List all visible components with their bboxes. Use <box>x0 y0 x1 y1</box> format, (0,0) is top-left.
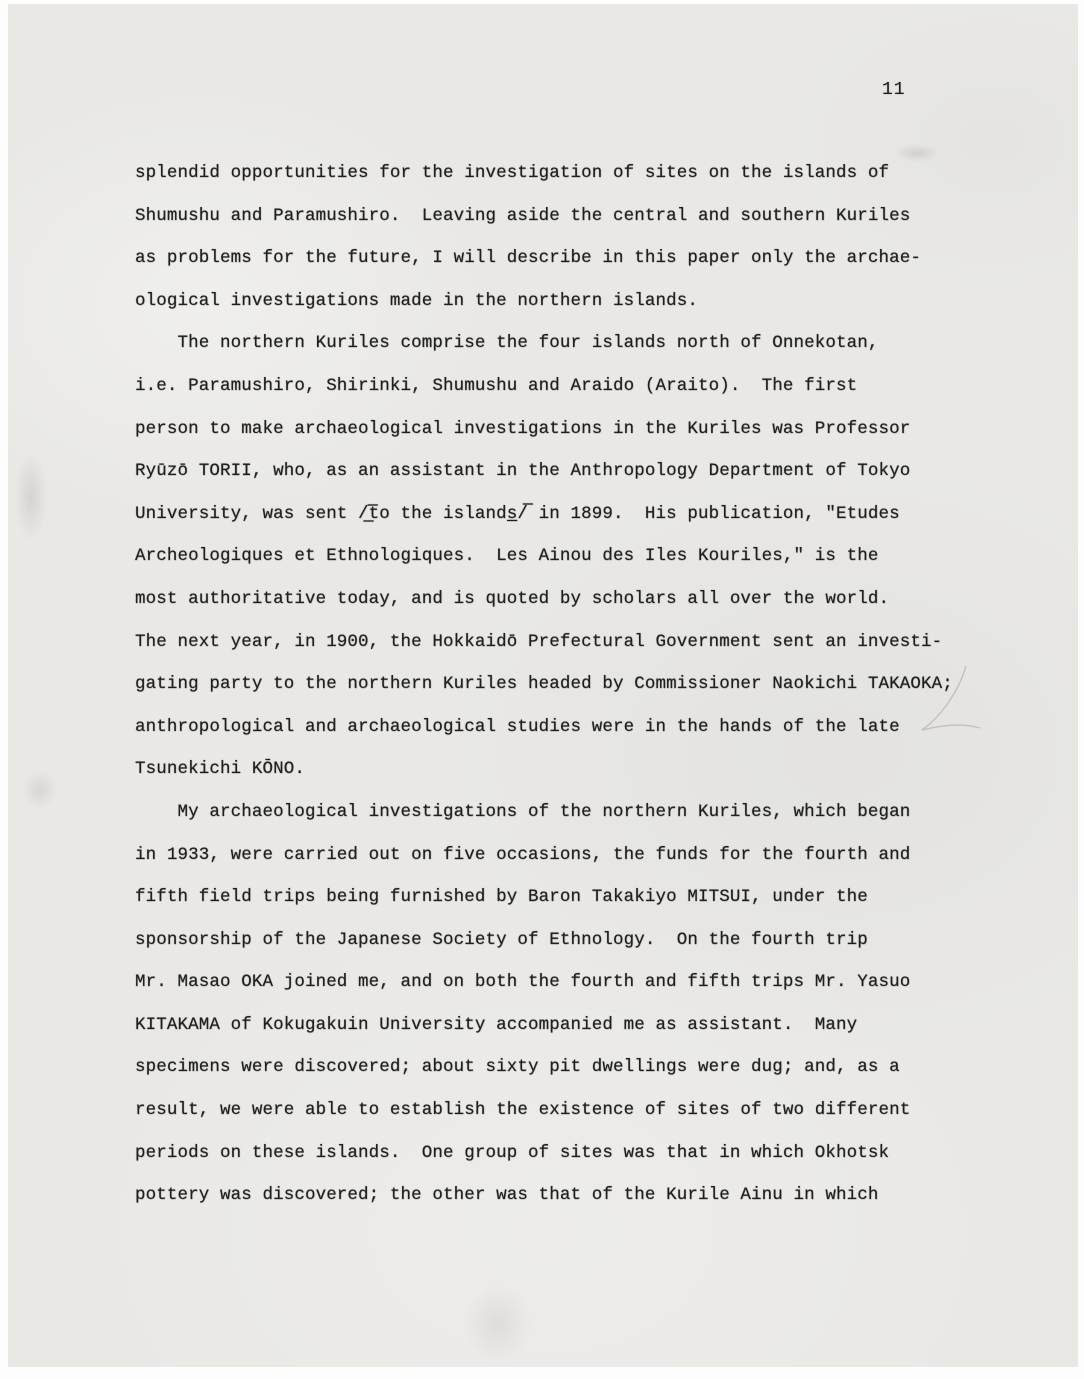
text-line: i.e. Paramushiro, Shirinki, Shumushu and… <box>135 365 995 408</box>
text-line: splendid opportunities for the investiga… <box>135 152 995 195</box>
margin-smudge <box>14 452 48 542</box>
text-line: fifth field trips being furnished by Bar… <box>135 876 995 919</box>
text-line: Archeologiques et Ethnologiques. Les Ain… <box>135 535 995 578</box>
body-text: splendid opportunities for the investiga… <box>135 152 995 1217</box>
text-line: periods on these islands. One group of s… <box>135 1132 995 1175</box>
text-line: specimens were discovered; about sixty p… <box>135 1046 995 1089</box>
text-line: ological investigations made in the nort… <box>135 280 995 323</box>
text-line: The next year, in 1900, the Hokkaidō Pre… <box>135 621 995 664</box>
text-line: result, we were able to establish the ex… <box>135 1089 995 1132</box>
margin-smudge <box>22 770 58 810</box>
text-line: most authoritative today, and is quoted … <box>135 578 995 621</box>
text-line: as problems for the future, I will descr… <box>135 237 995 280</box>
scanned-document-screenshot: { "colors": { "paper": "#e9e8e5", "ink":… <box>0 0 1084 1379</box>
page-number: 11 <box>882 80 906 102</box>
text-line: KITAKAMA of Kokugakuin University accomp… <box>135 1004 995 1047</box>
text-line: person to make archaeological investigat… <box>135 408 995 451</box>
margin-smudge <box>463 1284 533 1364</box>
text-line: My archaeological investigations of the … <box>135 791 995 834</box>
text-line: Tsunekichi KŌNO. <box>135 748 995 791</box>
text-line: in 1933, were carried out on five occasi… <box>135 834 995 877</box>
text-line: pottery was discovered; the other was th… <box>135 1174 995 1217</box>
text-line: The northern Kuriles comprise the four i… <box>135 322 995 365</box>
text-line: University, was sent /̲t̅o the islands̲/… <box>135 493 995 536</box>
scanned-page: 11 splendid opportunities for the invest… <box>8 4 1078 1367</box>
text-line: sponsorship of the Japanese Society of E… <box>135 919 995 962</box>
text-line: Ryūzō TORII, who, as an assistant in the… <box>135 450 995 493</box>
text-line: anthropological and archaeological studi… <box>135 706 995 749</box>
text-line: Shumushu and Paramushiro. Leaving aside … <box>135 195 995 238</box>
text-line: gating party to the northern Kuriles hea… <box>135 663 995 706</box>
text-line: Mr. Masao OKA joined me, and on both the… <box>135 961 995 1004</box>
